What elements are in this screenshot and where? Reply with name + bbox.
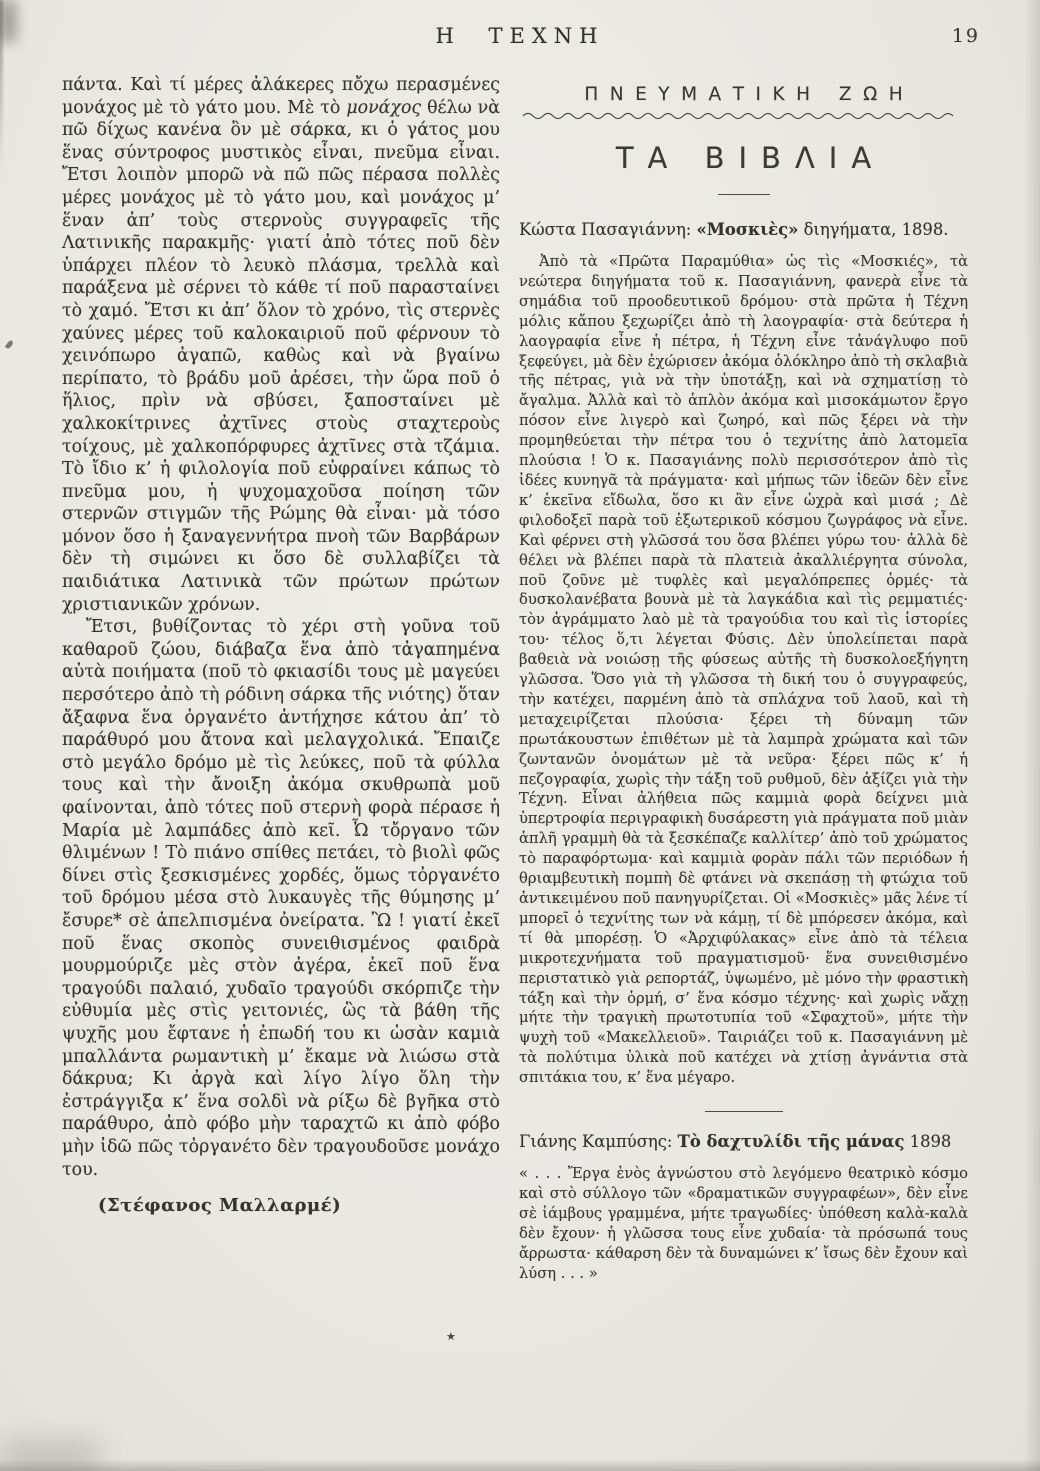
author-signature: (Στέφανος Μαλλαρμέ): [62, 1195, 500, 1218]
review-heading: Γιάνης Καμπύσης: Τὸ δαχτυλίδι τῆς μάνας …: [519, 1131, 968, 1153]
section-title: ΠΝΕΥΜΑΤΙΚΗ ΖΩΗ: [519, 84, 968, 105]
scan-ink-mark: [5, 339, 14, 349]
mallarme-paragraph-1: πάντα. Καὶ τί μέρες ἀλάκερες πὄχω περασμ…: [62, 74, 500, 616]
review-book-title: Τὸ δαχτυλίδι τῆς μάνας: [678, 1132, 905, 1151]
scan-edge-shadow: [0, 1459, 1040, 1471]
review-heading-suffix: 1898: [904, 1132, 951, 1151]
journal-title: Η ΤΕΧΝΗ: [0, 24, 1040, 48]
books-section-title: ΤΑ ΒΙΒΛΙΑ: [519, 141, 968, 175]
divider-rule: [718, 194, 770, 195]
review-heading-suffix: διηγήματα, 1898.: [798, 220, 948, 239]
paragraph-text: θέλω νὰ πῶ δίχως κανένα ὂν μὲ σάρκα, κι …: [62, 98, 500, 615]
review-author: Κώστα Πασαγιάννη:: [519, 220, 697, 239]
wavy-underline-icon: [521, 110, 966, 120]
divider-rule: [705, 1111, 783, 1112]
right-column: ΠΝΕΥΜΑΤΙΚΗ ΖΩΗ ΤΑ ΒΙΒΛΙΑ Κώστα Πασαγιάνν…: [519, 84, 968, 1284]
review-body: « . . . Ἔργα ἑνὸς ἀγνώστου στὸ λεγόμενο …: [519, 1164, 968, 1283]
review-body: Ἀπὸ τὰ «Πρῶτα Παραμύθια» ὡς τὶς «Μοσκιές…: [519, 252, 968, 1088]
scan-edge-shadow: [1024, 0, 1040, 1471]
section-divider-star-icon: ★: [446, 1326, 456, 1349]
page-number: 19: [952, 25, 980, 47]
magazine-page: Η ΤΕΧΝΗ 19 πάντα. Καὶ τί μέρες ἀλάκερες …: [0, 0, 1040, 1471]
scan-edge-shadow: [0, 0, 3, 170]
paragraph-italic-word: μονάχος: [346, 98, 421, 118]
mallarme-paragraph-2: Ἔτσι, βυθίζοντας τὸ χέρι στὴ γοῦνα τοῦ κ…: [62, 616, 500, 1181]
review-author: Γιάνης Καμπύσης:: [519, 1132, 678, 1151]
left-column: πάντα. Καὶ τί μέρες ἀλάκερες πὄχω περασμ…: [62, 74, 500, 1218]
review-heading: Κώστα Πασαγιάννη: «Μοσκιὲς» διηγήματα, 1…: [519, 219, 968, 241]
review-book-title: «Μοσκιὲς»: [697, 220, 799, 239]
